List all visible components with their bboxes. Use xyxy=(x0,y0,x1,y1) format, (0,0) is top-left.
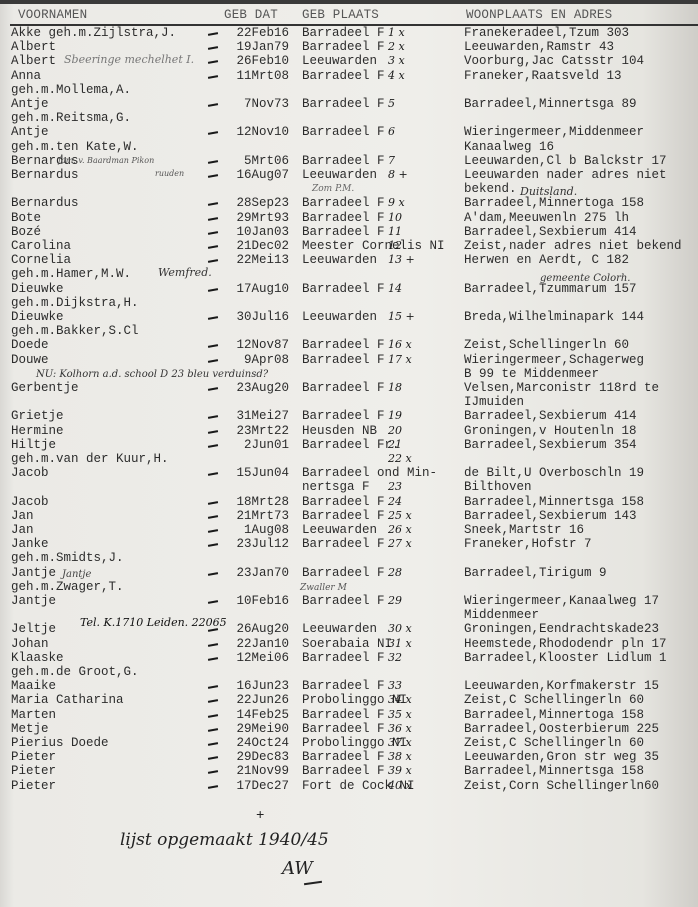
entry-number-cell: 15 + xyxy=(388,310,415,324)
table-row: Gerbentje23Aug20Barradeel F18Velsen,Marc… xyxy=(0,381,698,395)
address-cell: Groningen,Eendrachtskade23 xyxy=(464,622,659,636)
table-row: Akke geh.m.Zijlstra,J.22Feb16Barradeel F… xyxy=(0,26,698,40)
birth-date-cell: 5Mrt06 xyxy=(215,154,289,168)
header-residence-address: WOONPLAATS EN ADRES xyxy=(466,8,612,22)
address-cell: Zeist,Corn Schellingerln60 xyxy=(464,779,659,793)
footer-cross: + xyxy=(256,808,264,824)
table-row: geh.m.Zwager,T. xyxy=(0,580,698,594)
birth-place-cell: Barradeel F xyxy=(302,154,385,168)
address-cell: Barradeel,Sexbierum 143 xyxy=(464,509,637,523)
entry-number-cell: 33 xyxy=(388,679,402,693)
birth-date-cell: 22Jan10 xyxy=(215,637,289,651)
table-row: Jan21Mrt73Barradeel F25 xBarradeel,Sexbi… xyxy=(0,509,698,523)
birth-place-cell: Barradeel F xyxy=(302,381,385,395)
table-row: Grietje31Mei27Barradeel F19Barradeel,Sex… xyxy=(0,409,698,423)
table-row: Pieter21Nov99Barradeel F39 xBarradeel,Mi… xyxy=(0,764,698,778)
first-name-cell: Hiltje xyxy=(11,438,56,452)
birth-place-cell: Barradeel F xyxy=(302,26,385,40)
document-page: VOORNAMEN GEB DAT GEB PLAATS WOONPLAATS … xyxy=(0,0,698,907)
address-cell: Barradeel,Sexbierum 354 xyxy=(464,438,637,452)
address-cell: Wieringermeer,Middenmeer xyxy=(464,125,644,139)
table-row: Bernardus28Sep23Barradeel F9 xBarradeel,… xyxy=(0,196,698,210)
entry-number-cell: 39 x xyxy=(388,764,412,778)
first-name-cell: Anna xyxy=(11,69,41,83)
birth-place-cell: Leeuwarden xyxy=(302,622,377,636)
first-name-cell: Jeltje xyxy=(11,622,56,636)
first-name-cell: Douwe xyxy=(11,353,49,367)
table-row: geh.m.Smidts,J. xyxy=(0,551,698,565)
first-name-cell: Albert xyxy=(11,40,56,54)
address-cell: A'dam,Meeuwenln 275 lh xyxy=(464,211,629,225)
birth-place-cell: nertsga F xyxy=(302,480,370,494)
address-cell: Leeuwarden,Gron str weg 35 xyxy=(464,750,659,764)
table-row: geh.m.van der Kuur,H.22 x xyxy=(0,452,698,466)
first-name-cell: geh.m.Hamer,M.W. xyxy=(11,267,131,281)
entry-number-cell: 27 x xyxy=(388,537,412,551)
table-row: Maaike16Jun23Barradeel F33Leeuwarden,Kor… xyxy=(0,679,698,693)
entry-number-cell: 12 xyxy=(388,239,402,253)
birth-place-cell: Barradeel F xyxy=(302,409,385,423)
table-row: Jacob15Jun04Barradeel ond Min-de Bilt,U … xyxy=(0,466,698,480)
first-name-cell: Grietje xyxy=(11,409,64,423)
birth-place-cell: Barradeel F xyxy=(302,125,385,139)
table-row: Jantje10Feb16Barradeel F29Wieringermeer,… xyxy=(0,594,698,608)
handwritten-note-bernardus-2: ruuden xyxy=(155,169,184,178)
address-cell: Zeist,Schellingerln 60 xyxy=(464,338,629,352)
table-row: Jacob18Mrt28Barradeel F24Barradeel,Minne… xyxy=(0,495,698,509)
entry-number-cell: 28 xyxy=(388,566,402,580)
address-cell: Heemstede,Rhododendr pln 17 xyxy=(464,637,667,651)
birth-date-cell: 26Feb10 xyxy=(215,54,289,68)
birth-place-cell: Barradeel F xyxy=(302,679,385,693)
first-name-cell: Pieter xyxy=(11,779,56,793)
handwritten-note-bernardus: fam. v. Baardman Pikon xyxy=(58,156,154,165)
entry-number-cell: 29 xyxy=(388,594,402,608)
first-name-cell: Gerbentje xyxy=(11,381,79,395)
first-name-cell: Jan xyxy=(11,523,34,537)
table-row: Dieuwke30Jul16Leeuwarden15 +Breda,Wilhel… xyxy=(0,310,698,324)
birth-date-cell: 22Mei13 xyxy=(215,253,289,267)
birth-place-cell: Barradeel F xyxy=(302,338,385,352)
birth-date-cell: 23Mrt22 xyxy=(215,424,289,438)
entry-number-cell: 21 xyxy=(388,438,402,452)
entry-number-cell: 17 x xyxy=(388,353,412,367)
birth-date-cell: 23Jan70 xyxy=(215,566,289,580)
birth-place-cell: Leeuwarden xyxy=(302,54,377,68)
footer-handwritten-note: lijst opgemaakt 1940/45 xyxy=(120,830,329,850)
first-name-cell: geh.m.ten Kate,W. xyxy=(11,140,139,154)
birth-place-cell: Barradeel F xyxy=(302,69,385,83)
first-name-cell: Jacob xyxy=(11,466,49,480)
birth-place-cell: Barradeel F xyxy=(302,537,385,551)
birth-date-cell: 22Jun26 xyxy=(215,693,289,707)
entry-number-cell: 1 x xyxy=(388,26,405,40)
birth-date-cell: 2Jun01 xyxy=(215,438,289,452)
birth-place-cell: Leeuwarden xyxy=(302,523,377,537)
address-cell: Leeuwarden,Cl b Balckstr 17 xyxy=(464,154,667,168)
birth-place-cell: Barradeel F xyxy=(302,196,385,210)
handwritten-note-albert: Sbeeringe mechelhet I. xyxy=(64,53,194,66)
entry-number-cell: 10 xyxy=(388,211,402,225)
address-cell: Herwen en Aerdt, C 182 xyxy=(464,253,629,267)
table-row: Antje7Nov73Barradeel F5Barradeel,Minnert… xyxy=(0,97,698,111)
birth-date-cell: 23Aug20 xyxy=(215,381,289,395)
entry-number-cell: 34 x xyxy=(388,693,412,707)
first-name-cell: Carolina xyxy=(11,239,71,253)
birth-date-cell: 19Jan79 xyxy=(215,40,289,54)
birth-date-cell: 16Aug07 xyxy=(215,168,289,182)
birth-date-cell: 12Mei06 xyxy=(215,651,289,665)
entry-number-cell: 4 x xyxy=(388,69,405,83)
entry-number-cell: 26 x xyxy=(388,523,412,537)
birth-date-cell: 22Feb16 xyxy=(215,26,289,40)
entry-number-cell: 2 x xyxy=(388,40,405,54)
table-row: Anna11Mrt08Barradeel F4 xFraneker,Raatsv… xyxy=(0,69,698,83)
table-row: Hermine23Mrt22Heusden NB20Groningen,v Ho… xyxy=(0,424,698,438)
table-row: Maria Catharina22Jun26Probolinggo NI34 x… xyxy=(0,693,698,707)
address-cell: Barradeel,Sexbierum 414 xyxy=(464,225,637,239)
table-row: geh.m.ten Kate,W.Kanaalweg 16 xyxy=(0,140,698,154)
table-row: nertsga F23Bilthoven xyxy=(0,480,698,494)
entry-number-cell: 11 xyxy=(388,225,402,239)
first-name-cell: Doede xyxy=(11,338,49,352)
birth-date-cell: 24Oct24 xyxy=(215,736,289,750)
entry-number-cell: 25 x xyxy=(388,509,412,523)
table-row: Pierius Doede24Oct24Probolinggo NI37 xZe… xyxy=(0,736,698,750)
first-name-cell: Maria Catharina xyxy=(11,693,124,707)
first-name-cell: Cornelia xyxy=(11,253,71,267)
handwritten-note-jeltje: Tel. K.1710 Leiden. 22065 xyxy=(80,616,227,629)
entry-number-cell: 6 xyxy=(388,125,395,139)
first-name-cell: geh.m.Bakker,S.Cl xyxy=(11,324,139,338)
handwritten-note-jantje: Jantje xyxy=(62,569,91,580)
birth-date-cell: 30Jul16 xyxy=(215,310,289,324)
birth-place-cell: Leeuwarden xyxy=(302,310,377,324)
table-row: geh.m.Mollema,A. xyxy=(0,83,698,97)
entry-number-cell: 36 x xyxy=(388,722,412,736)
entry-number-cell: 14 xyxy=(388,282,402,296)
address-cell: Franeker,Raatsveld 13 xyxy=(464,69,622,83)
address-cell: Leeuwarden,Ramstr 43 xyxy=(464,40,614,54)
address-cell: Wieringermeer,Schagerweg xyxy=(464,353,644,367)
address-cell: Kanaalweg 16 xyxy=(464,140,554,154)
table-row: Jan1Aug08Leeuwarden26 xSneek,Martstr 16 xyxy=(0,523,698,537)
first-name-cell: Antje xyxy=(11,125,49,139)
first-name-cell: Akke geh.m.Zijlstra,J. xyxy=(11,26,176,40)
first-name-cell: geh.m.Reitsma,G. xyxy=(11,111,131,125)
entry-number-cell: 38 x xyxy=(388,750,412,764)
birth-date-cell: 21Dec02 xyxy=(215,239,289,253)
table-row: geh.m.de Groot,G. xyxy=(0,665,698,679)
top-border xyxy=(0,0,698,4)
birth-date-cell: 15Jun04 xyxy=(215,466,289,480)
header-birth-place: GEB PLAATS xyxy=(302,8,379,22)
birth-date-cell: 17Dec27 xyxy=(215,779,289,793)
entry-number-cell: 16 x xyxy=(388,338,412,352)
table-row: Metje29Mei90Barradeel F36 xBarradeel,Oos… xyxy=(0,722,698,736)
birth-place-cell: Barradeel F xyxy=(302,764,385,778)
handwritten-note-douwe: NU: Kolhorn a.d. school D 23 bleu verdui… xyxy=(36,369,268,380)
table-row: Johan22Jan10Soerabaia NI31 xHeemstede,Rh… xyxy=(0,637,698,651)
birth-place-cell: Meester Cornelis NI xyxy=(302,239,445,253)
birth-place-cell: Barradeel F xyxy=(302,722,385,736)
table-row: Pieter29Dec83Barradeel F38 xLeeuwarden,G… xyxy=(0,750,698,764)
table-row: Antje12Nov10Barradeel F6Wieringermeer,Mi… xyxy=(0,125,698,139)
address-cell: IJmuiden xyxy=(464,395,524,409)
address-cell: B 99 te Middenmeer xyxy=(464,367,599,381)
birth-place-cell: Barradeel F xyxy=(302,651,385,665)
table-row: Doede12Nov87Barradeel F16 xZeist,Schelli… xyxy=(0,338,698,352)
address-cell: Barradeel,Minnertsga 158 xyxy=(464,764,644,778)
birth-date-cell: 14Feb25 xyxy=(215,708,289,722)
first-name-cell: Bote xyxy=(11,211,41,225)
header-birth-date: GEB DAT xyxy=(224,8,278,22)
birth-date-cell: 11Mrt08 xyxy=(215,69,289,83)
entry-number-cell: 31 x xyxy=(388,637,412,651)
first-name-cell: geh.m.Mollema,A. xyxy=(11,83,131,97)
entry-number-cell: 3 x xyxy=(388,54,405,68)
first-name-cell: Bozé xyxy=(11,225,41,239)
birth-date-cell: 21Mrt73 xyxy=(215,509,289,523)
birth-place-cell: Barradeel F xyxy=(302,509,385,523)
first-name-cell: geh.m.Dijkstra,H. xyxy=(11,296,139,310)
first-name-cell: Bernardus xyxy=(11,196,79,210)
birth-date-cell: 18Mrt28 xyxy=(215,495,289,509)
entry-number-cell: 9 x xyxy=(388,196,405,210)
table-row: Marten14Feb25Barradeel F35 xBarradeel,Mi… xyxy=(0,708,698,722)
first-name-cell: Marten xyxy=(11,708,56,722)
first-name-cell: Hermine xyxy=(11,424,64,438)
first-name-cell: Albert xyxy=(11,54,56,68)
first-name-cell: Johan xyxy=(11,637,49,651)
first-name-cell: Dieuwke xyxy=(11,282,64,296)
birth-place-cell: Leeuwarden xyxy=(302,168,377,182)
table-row: Hiltje2Jun01Barradeel Fr.21Barradeel,Sex… xyxy=(0,438,698,452)
address-cell: Barradeel,Tirigum 9 xyxy=(464,566,607,580)
entry-number-cell: 19 xyxy=(388,409,402,423)
address-cell: Breda,Wilhelminapark 144 xyxy=(464,310,644,324)
birth-place-cell: Barradeel F xyxy=(302,97,385,111)
table-row: Jantje23Jan70Barradeel F28Barradeel,Tiri… xyxy=(0,566,698,580)
address-cell: Leeuwarden nader adres niet xyxy=(464,168,667,182)
entry-number-cell: 7 xyxy=(388,154,395,168)
table-row: Klaaske12Mei06Barradeel F32Barradeel,Klo… xyxy=(0,651,698,665)
birth-place-cell: Barradeel F xyxy=(302,211,385,225)
address-cell: bekend. xyxy=(464,182,517,196)
first-name-cell: Pieter xyxy=(11,750,56,764)
first-name-cell: Pieter xyxy=(11,764,56,778)
address-cell: Voorburg,Jac Catsstr 104 xyxy=(464,54,644,68)
birth-date-cell: 23Jul12 xyxy=(215,537,289,551)
birth-date-cell: 12Nov10 xyxy=(215,125,289,139)
birth-date-cell: 21Nov99 xyxy=(215,764,289,778)
address-cell: Wieringermeer,Kanaalweg 17 xyxy=(464,594,659,608)
birth-date-cell: 17Aug10 xyxy=(215,282,289,296)
first-name-cell: geh.m.van der Kuur,H. xyxy=(11,452,169,466)
entry-number-cell: 18 xyxy=(388,381,402,395)
first-name-cell: Janke xyxy=(11,537,49,551)
address-cell: Franeker,Hofstr 7 xyxy=(464,537,592,551)
table-row: geh.m.Bakker,S.Cl xyxy=(0,324,698,338)
address-cell: Zeist,C Schellingerln 60 xyxy=(464,693,644,707)
address-cell: Bilthoven xyxy=(464,480,532,494)
address-cell: de Bilt,U Overboschln 19 xyxy=(464,466,644,480)
entry-number-cell: 30 x xyxy=(388,622,412,636)
address-cell: Barradeel,Klooster Lidlum 1 xyxy=(464,651,667,665)
entry-number-cell: 32 xyxy=(388,651,402,665)
footer-underline xyxy=(304,881,322,885)
table-row: Bozé10Jan03Barradeel F11Barradeel,Sexbie… xyxy=(0,225,698,239)
table-row: geh.m.Dijkstra,H. xyxy=(0,296,698,310)
entry-number-cell: 40 x xyxy=(388,779,412,793)
handwritten-note-zwager: Zwaller M xyxy=(300,583,347,593)
birth-place-cell: Barradeel F xyxy=(302,353,385,367)
entry-number-cell: 13 + xyxy=(388,253,415,267)
table-row: Pieter17Dec27Fort de Cock NI40 xZeist,Co… xyxy=(0,779,698,793)
birth-place-cell: Leeuwarden xyxy=(302,253,377,267)
birth-date-cell: 12Nov87 xyxy=(215,338,289,352)
birth-place-cell: Barradeel F xyxy=(302,566,385,580)
birth-date-cell: 28Sep23 xyxy=(215,196,289,210)
handwritten-note-hamer: Wemfred. xyxy=(158,266,212,279)
first-name-cell: Jan xyxy=(11,509,34,523)
first-name-cell: Jantje xyxy=(11,566,56,580)
first-name-cell: Metje xyxy=(11,722,49,736)
address-cell: Sneek,Martstr 16 xyxy=(464,523,584,537)
birth-date-cell: 29Mei90 xyxy=(215,722,289,736)
first-name-cell: geh.m.Zwager,T. xyxy=(11,580,124,594)
table-row: Cornelia22Mei13Leeuwarden13 +Herwen en A… xyxy=(0,253,698,267)
birth-date-cell: 7Nov73 xyxy=(215,97,289,111)
first-name-cell: geh.m.de Groot,G. xyxy=(11,665,139,679)
first-name-cell: Jantje xyxy=(11,594,56,608)
birth-place-cell: Barradeel F xyxy=(302,225,385,239)
address-cell: Barradeel,Minnertsga 158 xyxy=(464,495,644,509)
first-name-cell: Pierius Doede xyxy=(11,736,109,750)
header-first-names: VOORNAMEN xyxy=(18,8,87,22)
address-cell: Barradeel,Sexbierum 414 xyxy=(464,409,637,423)
entry-number-cell: 8 + xyxy=(388,168,408,182)
address-cell: Barradeel,Oosterbierum 225 xyxy=(464,722,659,736)
handwritten-note-gemeente: gemeente Colorh. xyxy=(540,273,630,284)
entry-number-cell: 23 xyxy=(388,480,402,494)
address-cell: Barradeel,Minnertoga 158 xyxy=(464,196,644,210)
table-row: Bernardus16Aug07Leeuwarden8 +Leeuwarden … xyxy=(0,168,698,182)
first-name-cell: geh.m.Smidts,J. xyxy=(11,551,124,565)
birth-date-cell: 10Jan03 xyxy=(215,225,289,239)
address-cell: Groningen,v Houtenln 18 xyxy=(464,424,637,438)
birth-place-cell: Barradeel Fr. xyxy=(302,438,400,452)
birth-date-cell: 31Mei27 xyxy=(215,409,289,423)
entry-number-cell: 24 xyxy=(388,495,402,509)
entry-number-cell: 35 x xyxy=(388,708,412,722)
address-cell: Zeist,C Schellingerln 60 xyxy=(464,736,644,750)
table-row: Carolina21Dec02Meester Cornelis NI12Zeis… xyxy=(0,239,698,253)
address-cell: Velsen,Marconistr 118rd te xyxy=(464,381,659,395)
address-cell: Barradeel,Minnertoga 158 xyxy=(464,708,644,722)
entry-number-cell: 22 x xyxy=(388,452,412,466)
entry-number-cell: 20 xyxy=(388,424,402,438)
entry-number-cell: 5 xyxy=(388,97,395,111)
address-cell: Barradeel,Minnertsga 89 xyxy=(464,97,637,111)
footer-initials: AW xyxy=(282,858,313,879)
table-row: Douwe9Apr08Barradeel F17 xWieringermeer,… xyxy=(0,353,698,367)
address-cell: Middenmeer xyxy=(464,608,539,622)
birth-place-cell: Barradeel F xyxy=(302,282,385,296)
first-name-cell: Jacob xyxy=(11,495,49,509)
address-cell: Zeist,nader adres niet bekend xyxy=(464,239,682,253)
table-row: IJmuiden xyxy=(0,395,698,409)
handwritten-note-duitsland: Duitsland. xyxy=(520,185,577,198)
address-cell: Franekeradeel,Tzum 303 xyxy=(464,26,629,40)
birth-date-cell: 1Aug08 xyxy=(215,523,289,537)
birth-date-cell: 10Feb16 xyxy=(215,594,289,608)
entry-number-cell: 37 x xyxy=(388,736,412,750)
birth-place-cell: Barradeel F xyxy=(302,708,385,722)
birth-date-cell: 9Apr08 xyxy=(215,353,289,367)
handwritten-note-zom: Zom P.M. xyxy=(312,184,354,194)
first-name-cell: Bernardus xyxy=(11,168,79,182)
first-name-cell: Maaike xyxy=(11,679,56,693)
first-name-cell: Klaaske xyxy=(11,651,64,665)
table-row: Bote29Mrt93Barradeel F10A'dam,Meeuwenln … xyxy=(0,211,698,225)
birth-place-cell: Barradeel F xyxy=(302,40,385,54)
birth-date-cell: 29Mrt93 xyxy=(215,211,289,225)
table-row: geh.m.Reitsma,G. xyxy=(0,111,698,125)
birth-date-cell: 29Dec83 xyxy=(215,750,289,764)
birth-place-cell: Soerabaia NI xyxy=(302,637,392,651)
birth-place-cell: Barradeel ond Min- xyxy=(302,466,437,480)
birth-place-cell: Barradeel F xyxy=(302,594,385,608)
address-cell: Leeuwarden,Korfmakerstr 15 xyxy=(464,679,659,693)
first-name-cell: Antje xyxy=(11,97,49,111)
first-name-cell: Dieuwke xyxy=(11,310,64,324)
table-row: Janke23Jul12Barradeel F27 xFraneker,Hofs… xyxy=(0,537,698,551)
birth-place-cell: Heusden NB xyxy=(302,424,377,438)
birth-date-cell: 16Jun23 xyxy=(215,679,289,693)
birth-place-cell: Barradeel F xyxy=(302,750,385,764)
birth-place-cell: Barradeel F xyxy=(302,495,385,509)
